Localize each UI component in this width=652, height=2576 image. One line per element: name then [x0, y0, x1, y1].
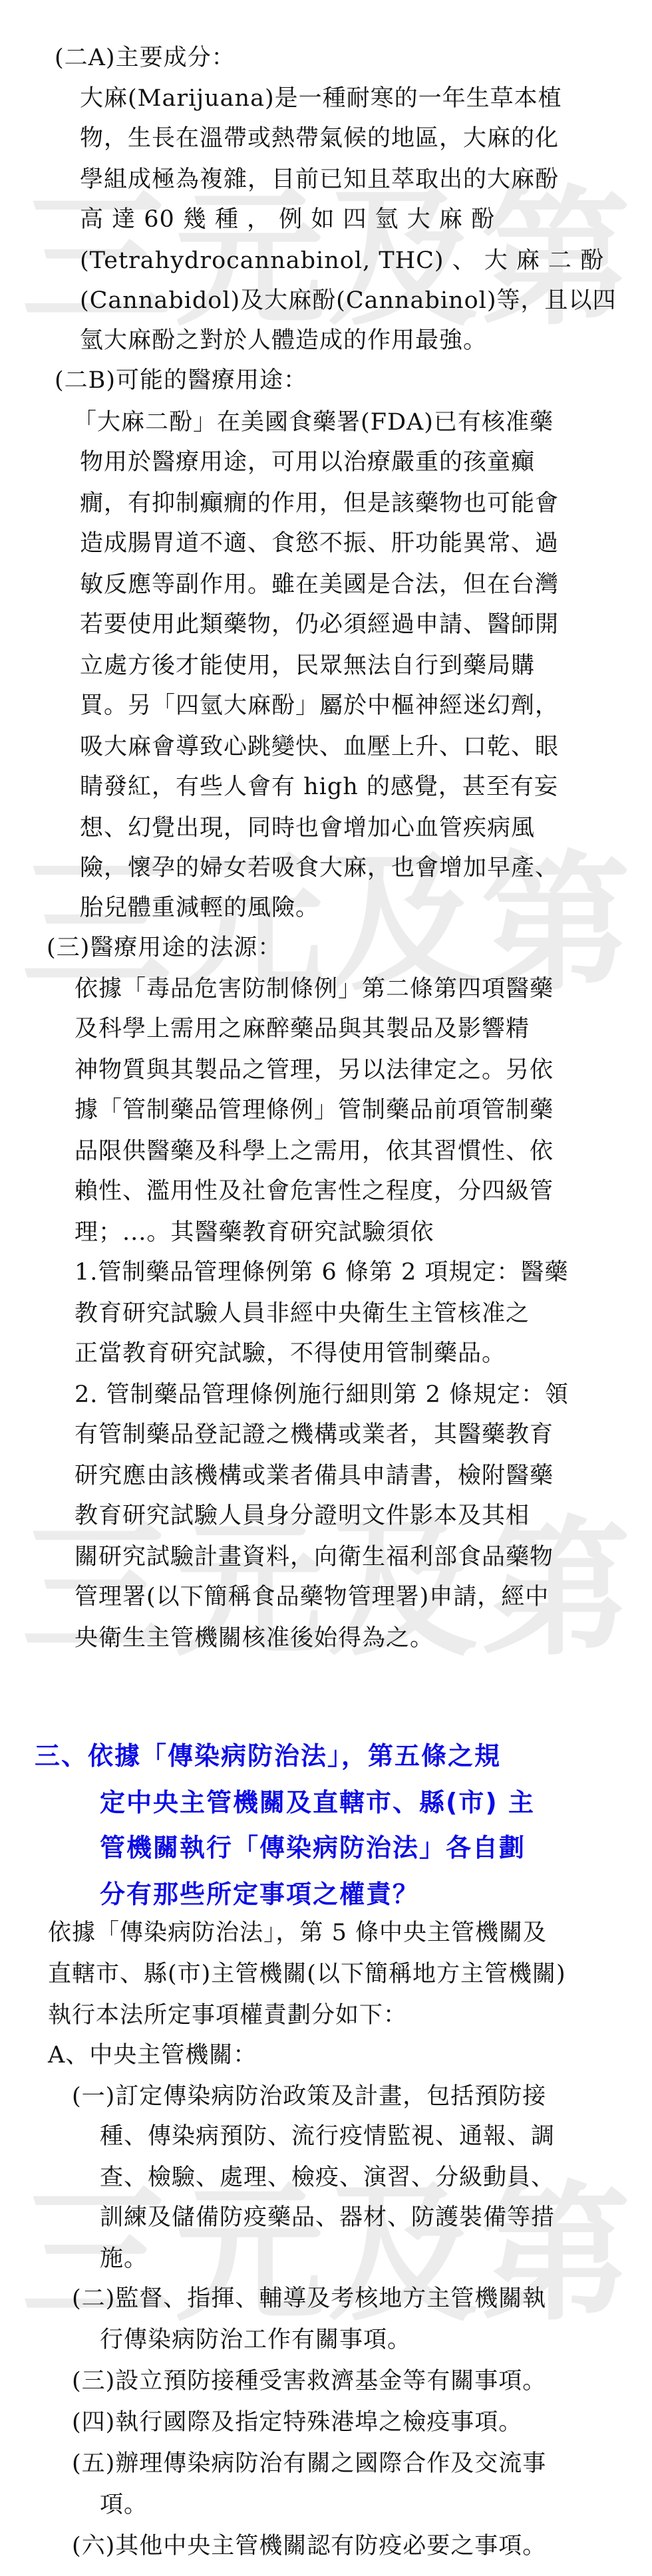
list-item-line: 關研究試驗計畫資料，向衛生福利部食品藥物: [75, 1544, 327, 1570]
question-heading: 三、依據「傳染病防治法」，第五條之規: [35, 1741, 329, 1771]
question-heading: 分有那些所定事項之權責？: [100, 1880, 419, 1909]
paragraph-line: 品限供醫藥及科學上之需用，依其習慣性、依: [75, 1138, 327, 1165]
list-item-line: 項。: [100, 2492, 148, 2518]
list-item-line: 施。: [100, 2245, 148, 2272]
paragraph-line: 賴性、濫用性及社會危害性之程度，分四級管: [75, 1178, 327, 1205]
paragraph-line: 理；...。其醫藥教育研究試驗須依: [75, 1219, 434, 1246]
question-heading: 管機關執行「傳染病防治法」各自劃: [100, 1833, 326, 1862]
paragraph-line: (Tetrahydrocannabinol, THC) 、 大 麻 二 酚: [80, 247, 327, 274]
list-item-line: (六)其他中央主管機關認有防疫必要之事項。: [72, 2533, 546, 2559]
paragraph-line: 高 達 60 幾 種 ， 例 如 四 氫 大 麻 酚: [80, 206, 327, 233]
section-heading: (二A)主要成分：: [55, 45, 236, 71]
list-item-line: 管理署(以下簡稱食品藥物管理署)申請，經中: [75, 1584, 327, 1610]
paragraph-line: 胎兒體重減輕的風險。: [80, 895, 319, 921]
paragraph-line: 若要使用此類藥物，仍必須經過申請、醫師開: [80, 611, 327, 638]
paragraph-line: 吸大麻會導致心跳變快、血壓上升、口乾、眼: [80, 734, 327, 760]
list-item-line: 有管制藥品登記證之機構或業者，其醫藥教育: [75, 1421, 327, 1448]
list-item-line: 正當教育研究試驗，不得使用管制藥品。: [75, 1340, 506, 1367]
paragraph-line: (Cannabidol)及大麻酚(Cannabinol)等，且以四: [80, 287, 327, 314]
list-item-line: (二)監督、指揮、輔導及考核地方主管機關執: [72, 2285, 327, 2312]
subheading: A、中央主管機關：: [48, 2042, 257, 2069]
paragraph-line: 想、幻覺出現，同時也會增加心血管疾病風: [80, 815, 327, 841]
list-item-line: 訓練及儲備防疫藥品、器材、防護裝備等措: [100, 2204, 327, 2231]
list-item-line: 教育研究試驗人員非經中央衛生主管核准之: [75, 1300, 319, 1327]
paragraph-line: 直轄市、縣(市)主管機關(以下簡稱地方主管機關): [48, 1961, 335, 1987]
list-item-line: 1.管制藥品管理條例第 6 條第 2 項規定：醫藥: [75, 1259, 327, 1286]
list-item-line: 2. 管制藥品管理條例施行細則第 2 條規定：領: [75, 1381, 327, 1408]
list-item-line: 研究應由該機構或業者備具申請書，檢附醫藥: [75, 1463, 327, 1489]
list-item-line: 種、傳染病預防、流行疫情監視、通報、調: [100, 2123, 327, 2150]
section-heading: (三)醫療用途的法源：: [47, 934, 281, 961]
paragraph-line: 依據「傳染病防治法」，第 5 條中央主管機關及: [48, 1920, 327, 1946]
question-heading: 定中央主管機關及直轄市、縣(市) 主: [100, 1788, 329, 1817]
paragraph-line: 敏反應等副作用。雖在美國是合法，但在台灣: [80, 571, 327, 598]
paragraph-line: 及科學上需用之麻醉藥品與其製品及影響精: [75, 1016, 319, 1042]
list-item-line: 教育研究試驗人員身分證明文件影本及其相: [75, 1503, 319, 1529]
paragraph-line: 執行本法所定事項權責劃分如下：: [48, 2002, 407, 2029]
paragraph-line: 立處方後才能使用，民眾無法自行到藥局購: [80, 652, 327, 679]
paragraph-line: 癇，有抑制癲癇的作用，但是該藥物也可能會: [80, 490, 327, 517]
paragraph-line: 學組成極為複雜，目前已知且萃取出的大麻酚: [80, 166, 327, 193]
list-item-line: 查、檢驗、處理、檢疫、演習、分級動員、: [100, 2164, 327, 2191]
list-item-line: (四)執行國際及指定特殊港埠之檢疫事項。: [72, 2409, 522, 2436]
list-item-line: (一)訂定傳染病防治政策及計畫，包括預防接: [72, 2083, 327, 2110]
section-heading: (二B)可能的醫療用途：: [55, 367, 307, 394]
paragraph-line: 依據「毒品危害防制條例」第二條第四項醫藥: [75, 976, 327, 1002]
list-item-line: (五)辦理傳染病防治有關之國際合作及交流事: [72, 2450, 327, 2477]
paragraph-line: 買。另「四氫大麻酚」屬於中樞神經迷幻劑，: [80, 692, 327, 719]
list-item-line: 行傳染病防治工作有關事項。: [100, 2327, 411, 2353]
paragraph-line: 險，懷孕的婦女若吸食大麻，也會增加早產、: [80, 855, 327, 881]
paragraph-line: 造成腸胃道不適、食慾不振、肝功能異常、過: [80, 530, 327, 557]
list-item-line: 央衛生主管機關核准後始得為之。: [75, 1625, 434, 1651]
paragraph-line: 「大麻二酚」在美國食藥署(FDA)已有核准藥: [73, 409, 327, 436]
paragraph-line: 物用於醫療用途，可用以治療嚴重的孩童癲: [80, 449, 327, 476]
paragraph-line: 物，生長在溫帶或熱帶氣候的地區，大麻的化: [80, 125, 327, 152]
list-item-line: (三)設立預防接種受害救濟基金等有關事項。: [72, 2368, 546, 2394]
paragraph-line: 神物質與其製品之管理，另以法律定之。另依: [75, 1057, 327, 1083]
paragraph-line: 大麻(Marijuana)是一種耐寒的一年生草本植: [80, 85, 327, 112]
paragraph-line: 氫大麻酚之對於人體造成的作用最強。: [80, 327, 487, 354]
paragraph-line: 睛發紅，有些人會有 high 的感覺，甚至有妄: [80, 774, 327, 800]
paragraph-line: 據「管制藥品管理條例」管制藥品前項管制藥: [75, 1097, 327, 1123]
